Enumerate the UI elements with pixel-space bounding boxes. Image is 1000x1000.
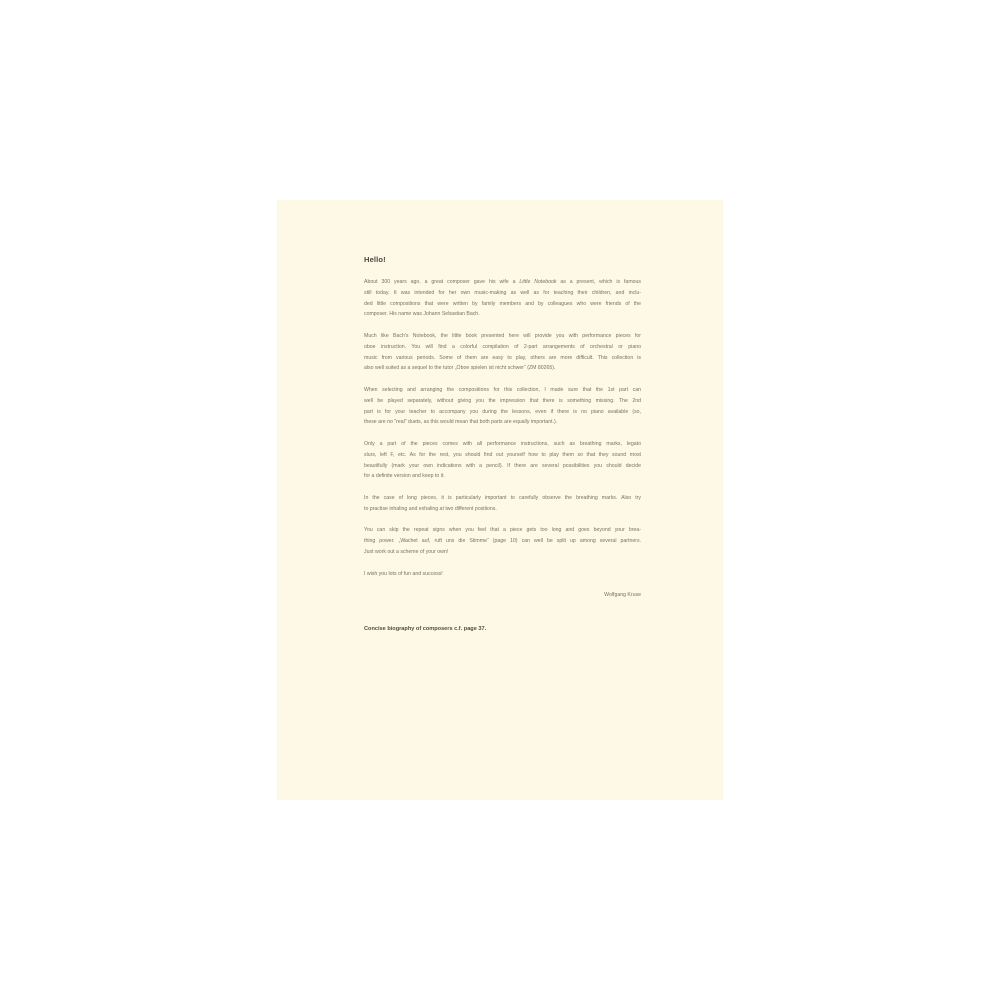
paragraph-instructions: Only a part of the pieces comes with all… (364, 439, 641, 482)
paragraph-line: Just work out a scheme of your own! (364, 547, 641, 558)
paragraph-line: Much like Bach's Notebook, the little bo… (364, 331, 641, 342)
paragraph-closing: I wish you lots of fun and success! (364, 569, 641, 580)
paragraph-breathing: In the case of long pieces, it is partic… (364, 493, 641, 515)
italic-title: Little Notebook (519, 279, 556, 285)
paragraph-repeats: You can skip the repeat signs when you f… (364, 525, 641, 557)
page-title: Hello! (364, 255, 641, 264)
paragraph-line: for a definite version and keep to it. (364, 471, 641, 482)
paragraph-line: You can skip the repeat signs when you f… (364, 525, 641, 536)
paragraph-line: slurs, left F, etc. As for the rest, you… (364, 450, 641, 461)
paragraph-line: well be played separately, without givin… (364, 396, 641, 407)
document-page: Hello! About 300 years ago, a great comp… (277, 200, 723, 800)
footer-note: Concise biography of composers c.f. page… (364, 624, 641, 634)
paragraph-line: also well suited as a sequel to the tuto… (364, 363, 641, 374)
paragraph-line: thing power. „Wachet auf, ruft uns die S… (364, 536, 641, 547)
paragraph-line: About 300 years ago, a great composer ga… (364, 277, 641, 288)
paragraph-line: these are no "real" duets, as this would… (364, 417, 641, 428)
paragraph-line: When selecting and arranging the composi… (364, 385, 641, 396)
paragraph-line: part is for your teacher to accompany yo… (364, 407, 641, 418)
page-content: Hello! About 300 years ago, a great comp… (364, 255, 641, 634)
paragraph-line: I wish you lots of fun and success! (364, 569, 641, 580)
paragraph-line: In the case of long pieces, it is partic… (364, 493, 641, 504)
paragraph-intro: About 300 years ago, a great composer ga… (364, 277, 641, 320)
paragraph-line: Only a part of the pieces comes with all… (364, 439, 641, 450)
paragraph-line: still today. It was intended for her own… (364, 288, 641, 299)
paragraph-line: to practise inhaling and exhaling at two… (364, 504, 641, 515)
paragraph-line: composer. His name was Johann Sebastian … (364, 309, 641, 320)
paragraph-arrangement: When selecting and arranging the composi… (364, 385, 641, 428)
paragraph-line: ded little compositions that were writte… (364, 299, 641, 310)
paragraph-collection: Much like Bach's Notebook, the little bo… (364, 331, 641, 374)
signature: Wolfgang Kruse (364, 590, 641, 601)
paragraph-line: oboe instruction. You will find a colorf… (364, 342, 641, 353)
paragraph-line: beautifully (mark your own indications w… (364, 461, 641, 472)
paragraph-line: music from various periods. Some of them… (364, 353, 641, 364)
